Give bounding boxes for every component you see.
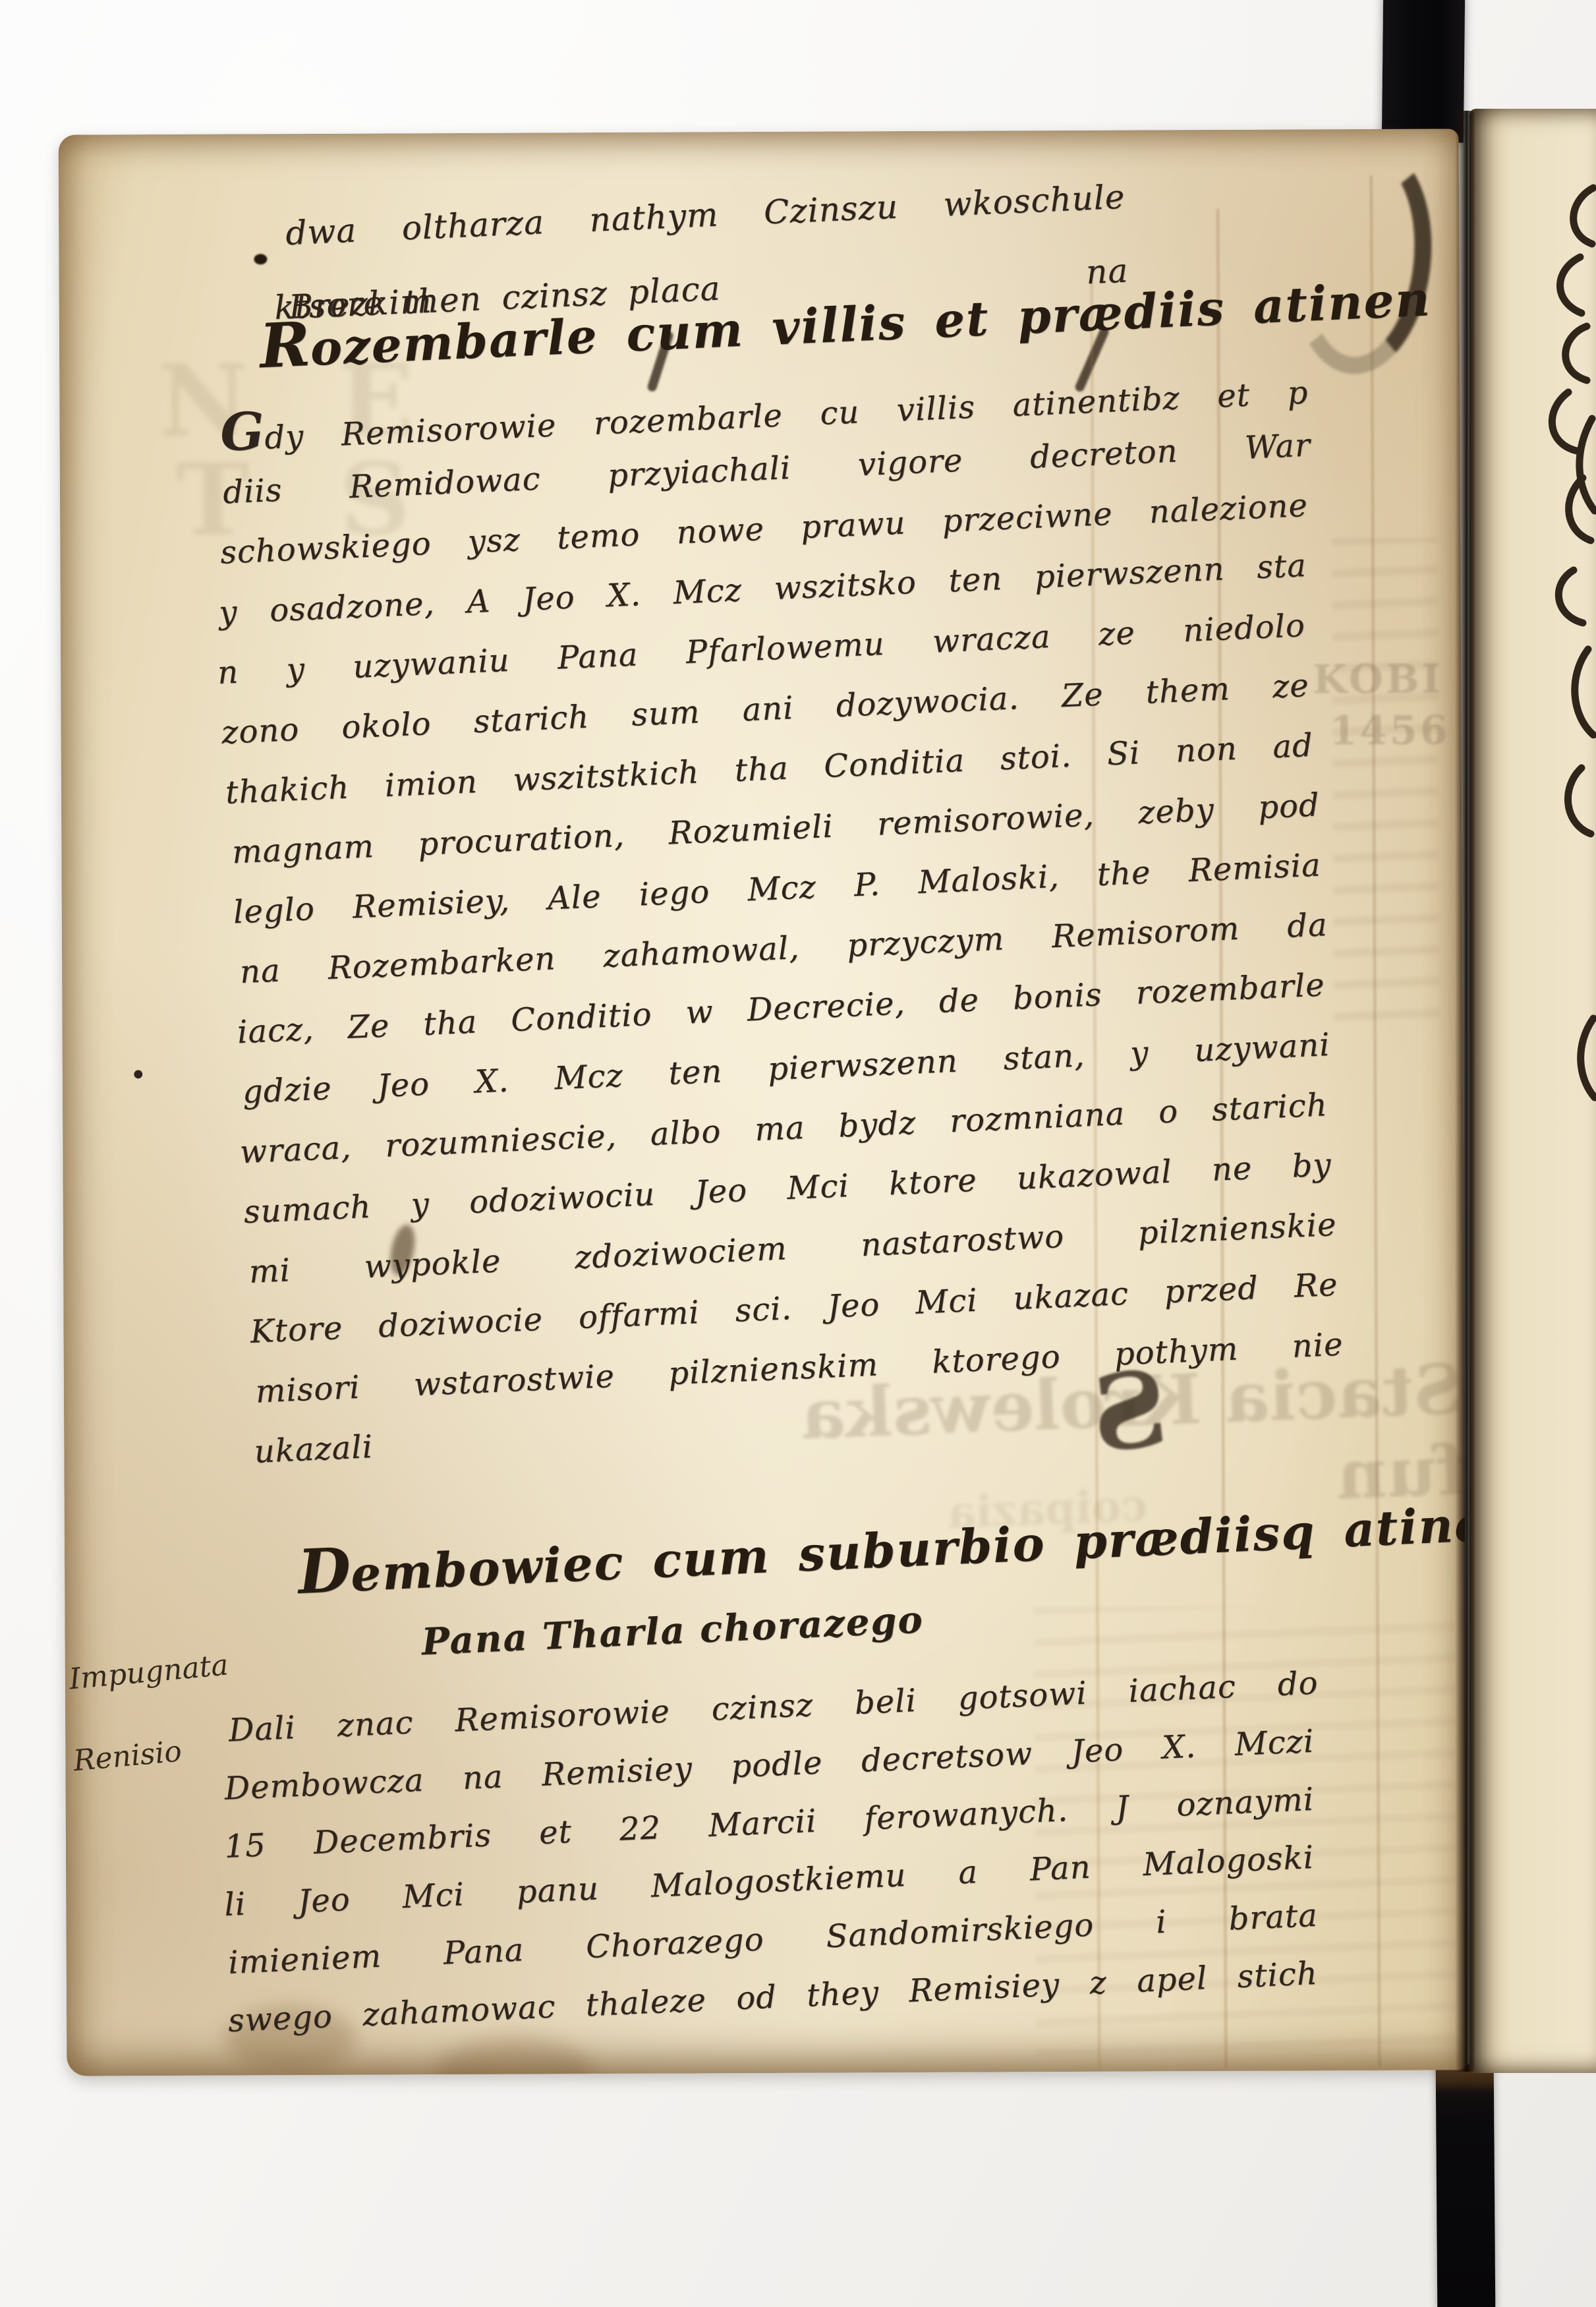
paragraph-initial-g: G (219, 401, 266, 463)
heading-initial-d: D (297, 1534, 353, 1608)
margin-note-line-1: Impugnata (68, 1648, 230, 1696)
heading-rest: embowiec cum suburbio prædiisq atinen (349, 1494, 1467, 1602)
margin-bullet: • (130, 1059, 147, 1092)
manuscript-scan: N E T S KOBI 1456 Stacia Krolewska fun S… (0, 0, 1596, 2307)
manuscript-page: N E T S KOBI 1456 Stacia Krolewska fun S… (59, 129, 1468, 2076)
edge-writing-fragments (1469, 109, 1596, 2073)
bookmark-ribbon-bottom (1436, 2064, 1496, 2307)
bottom-stain-2 (436, 2037, 594, 2076)
bookmark-ribbon-top (1382, 0, 1465, 143)
rozembark-paragraph: Gdy Remisorowie rozembarle cu villis ati… (219, 356, 1354, 1482)
bleedthrough-band-upper (1332, 538, 1439, 1039)
book-gutter-shadow (1455, 111, 1475, 2072)
ink-blot-small (254, 254, 267, 264)
subheading-pana-tharla: Pana Tharla chorazego (420, 1598, 925, 1664)
facing-page-sliver (1469, 109, 1596, 2073)
heading-initial-r: R (258, 308, 312, 382)
dembowiec-paragraph: Dali znac Remisorowie czinsz beli gotsow… (227, 1654, 1332, 2049)
margin-note-line-2: Renisio (72, 1735, 183, 1778)
